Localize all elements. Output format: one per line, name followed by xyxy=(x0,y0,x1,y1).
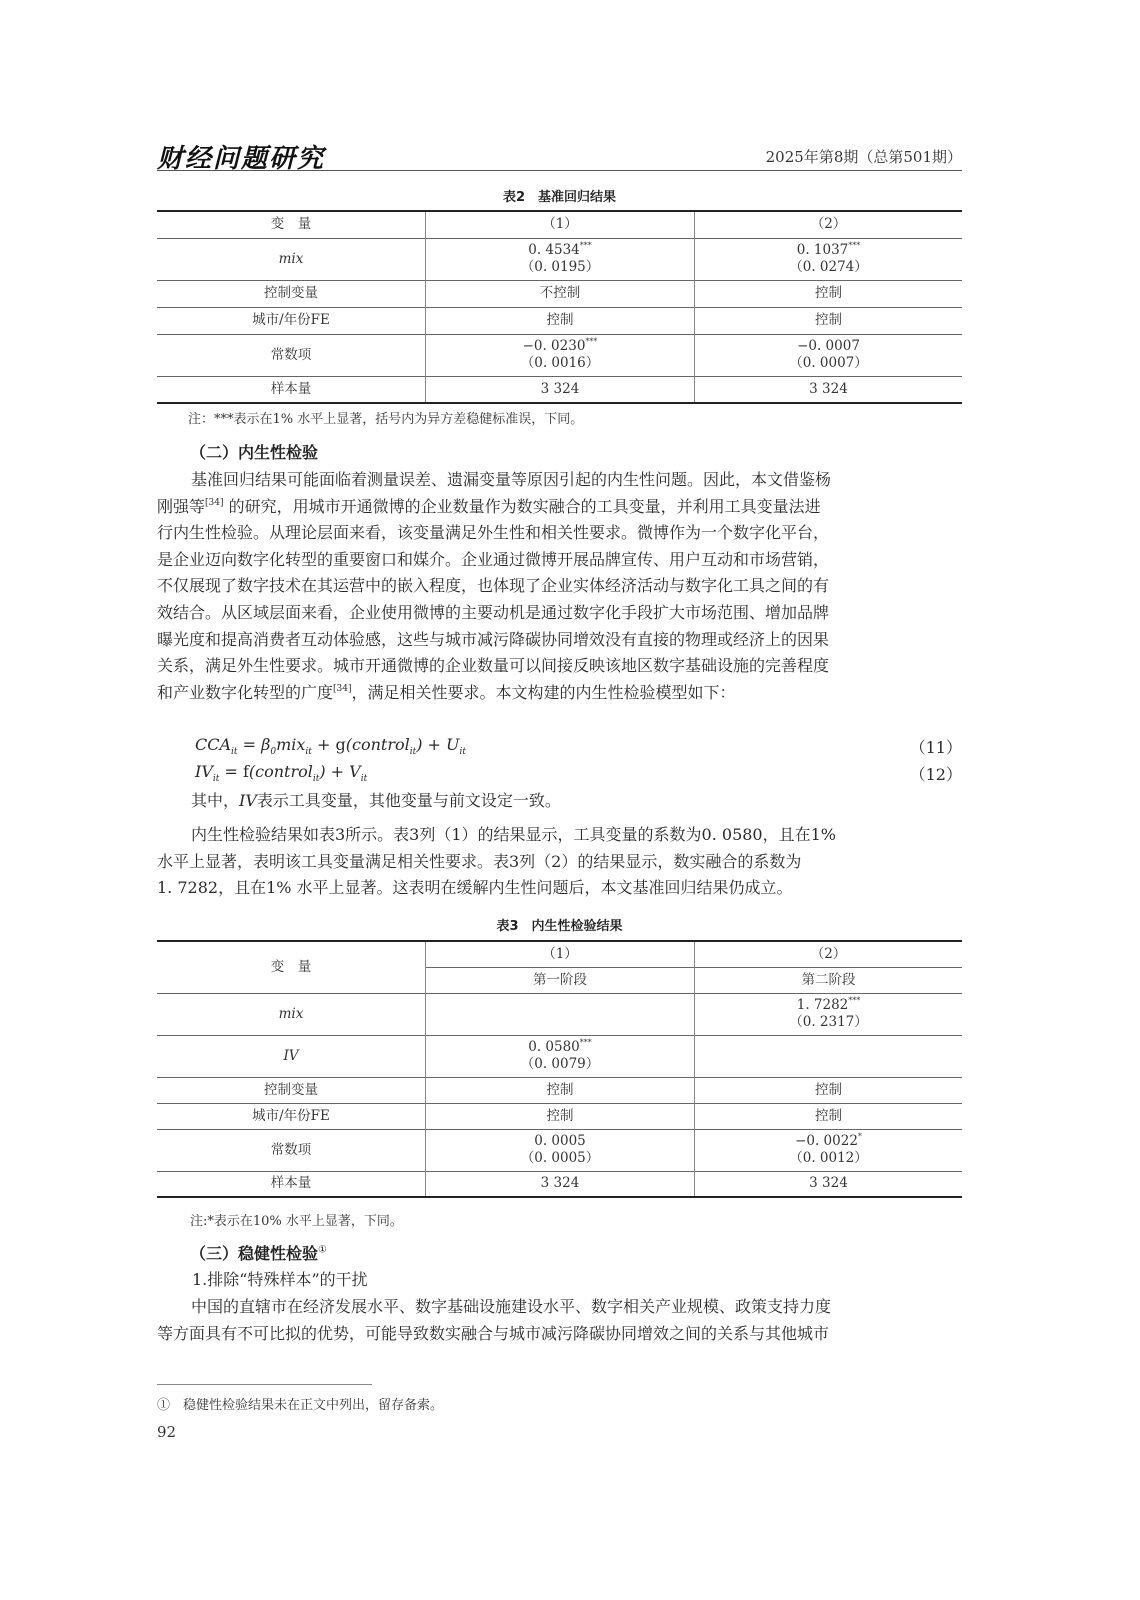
header-cell: 第二阶段 xyxy=(695,967,963,993)
coef: 0. 0005 xyxy=(534,1133,586,1149)
header-cell: （2） xyxy=(695,941,963,967)
value-cell: 控制 xyxy=(695,280,963,307)
text-line: 其中，IV表示工具变量，其他变量与前文设定一致。 xyxy=(157,788,962,815)
subheading: 1.排除“特殊样本”的干扰 xyxy=(192,1267,962,1294)
std-error: （0. 2317） xyxy=(789,1014,868,1030)
paragraph: 内生性检验结果如表3所示。表3列（1）的结果显示，工具变量的系数为0. 0580… xyxy=(157,822,962,902)
text-line: 等方面具有不可比拟的优势，可能导致数实融合与城市减污降碳协同增效之间的关系与其他… xyxy=(157,1321,962,1348)
text-line: 关系，满足外生性要求。城市开通微博的企业数量可以间接反映该地区数字基础设施的完善… xyxy=(157,653,962,680)
header-cell: （2） xyxy=(695,211,963,238)
coef: 0. 4534 xyxy=(528,242,580,258)
std-error: （0. 0007） xyxy=(789,355,868,371)
equation-11: CCAit = β0mixit + g(controlit) + Uit （11… xyxy=(195,735,962,761)
subsection-title: 1.排除“特殊样本”的干扰 xyxy=(192,1267,962,1294)
var-cell: mix xyxy=(157,238,426,280)
coef: −0. 0230 xyxy=(523,338,586,354)
table-row: 控制变量 不控制 控制 xyxy=(157,280,962,307)
table-row: IV 0. 0580***（0. 0079） xyxy=(157,1035,962,1077)
equation-12: IVit = f(controlit) + Vit （12） xyxy=(195,762,962,788)
value-cell: 不控制 xyxy=(426,280,695,307)
text-line: 基准回归结果可能面临着测量误差、遗漏变量等原因引起的内生性问题。因此，本文借鉴杨 xyxy=(157,467,962,494)
coef: 0. 1037 xyxy=(797,242,849,258)
sig-stars: *** xyxy=(848,241,860,250)
header-cell: （1） xyxy=(426,211,695,238)
citation-ref[interactable]: [34] xyxy=(205,498,223,508)
table2-baseline-regression: 变 量 （1） （2） mix 0. 4534***（0. 0195） 0. 1… xyxy=(157,210,962,404)
equation-body: CCAit = β0mixit + g(controlit) + Uit xyxy=(195,735,466,754)
paragraph: 其中，IV表示工具变量，其他变量与前文设定一致。 xyxy=(157,788,962,815)
table-row: 城市/年份FE 控制 控制 xyxy=(157,1103,962,1129)
text-line: 1. 7282，且在1% 水平上显著。这表明在缓解内生性问题后，本文基准回归结果… xyxy=(157,875,962,902)
var-cell: IV xyxy=(157,1035,426,1077)
std-error: （0. 0016） xyxy=(521,355,600,371)
paragraph: 基准回归结果可能面临着测量误差、遗漏变量等原因引起的内生性问题。因此，本文借鉴杨… xyxy=(157,467,962,706)
page-number: 92 xyxy=(157,1423,176,1441)
header-cell: 第一阶段 xyxy=(426,967,695,993)
value-cell: 0. 4534***（0. 0195） xyxy=(426,238,695,280)
table3-note: 注:*表示在10% 水平上显著，下同。 xyxy=(190,1210,403,1229)
value-cell: 控制 xyxy=(426,1103,695,1129)
sig-stars: *** xyxy=(580,241,592,250)
header-cell: 变 量 xyxy=(157,211,426,238)
coef: −0. 0022 xyxy=(795,1133,858,1149)
equation-number: （11） xyxy=(910,735,962,758)
value-cell: 0. 0580***（0. 0079） xyxy=(426,1035,695,1077)
footnote: ① 稳健性检验结果未在正文中列出，留存备索。 xyxy=(157,1394,443,1413)
text-line: 水平上显著，表明该工具变量满足相关性要求。表3列（2）的结果显示，数实融合的系数… xyxy=(157,849,962,876)
paragraph: 中国的直辖市在经济发展水平、数字基础设施建设水平、数字相关产业规模、政策支持力度… xyxy=(157,1294,962,1347)
running-header: 财经问题研究 2025年第8期（总第501期） xyxy=(157,138,962,171)
value-cell: 控制 xyxy=(695,1077,963,1103)
issue-info: 2025年第8期（总第501期） xyxy=(766,146,962,167)
section-heading: （三）稳健性检验① xyxy=(190,1241,327,1264)
section-title: （三）稳健性检验 xyxy=(190,1244,318,1263)
value-cell: −0. 0007（0. 0007） xyxy=(695,334,963,376)
text-line: 和产业数字化转型的广度[34]，满足相关性要求。本文构建的内生性检验模型如下： xyxy=(157,680,962,707)
value-cell: 0. 0005（0. 0005） xyxy=(426,1129,695,1171)
std-error: （0. 0274） xyxy=(789,259,868,275)
value-cell: −0. 0022*（0. 0012） xyxy=(695,1129,963,1171)
value-cell: 0. 1037***（0. 0274） xyxy=(695,238,963,280)
sig-stars: *** xyxy=(848,996,860,1005)
text-line: 效结合。从区域层面来看，企业使用微博的主要动机是通过数字化手段扩大市场范围、增加… xyxy=(157,600,962,627)
coef: 0. 0580 xyxy=(528,1039,580,1055)
footnote-divider xyxy=(157,1384,372,1385)
var-cell: 常数项 xyxy=(157,1129,426,1171)
value-cell: 3 324 xyxy=(426,1171,695,1197)
citation-ref[interactable]: [34] xyxy=(333,684,351,694)
equation-number: （12） xyxy=(910,762,962,785)
table-row: mix 1. 7282***（0. 2317） xyxy=(157,993,962,1035)
table-row: 样本量 3 324 3 324 xyxy=(157,376,962,403)
text-line: 不仅展现了数字技术在其运营中的嵌入程度，也体现了企业实体经济活动与数字化工具之间… xyxy=(157,573,962,600)
text-line: 是企业迈向数字化转型的重要窗口和媒介。企业通过微博开展品牌宣传、用户互动和市场营… xyxy=(157,547,962,574)
section-heading: （二）内生性检验 xyxy=(190,440,318,463)
table-row: 控制变量 控制 控制 xyxy=(157,1077,962,1103)
table-row: mix 0. 4534***（0. 0195） 0. 1037***（0. 02… xyxy=(157,238,962,280)
equation-body: IVit = f(controlit) + Vit xyxy=(195,762,367,781)
text-span: 的研究，用城市开通微博的企业数量作为数实融合的工具变量，并利用工具变量法进 xyxy=(229,497,821,516)
text-line: 刚强等[34] 的研究，用城市开通微博的企业数量作为数实融合的工具变量，并利用工… xyxy=(157,494,962,521)
math-var: IV xyxy=(239,791,257,810)
sig-stars: *** xyxy=(580,1038,592,1047)
text-span: 表示工具变量，其他变量与前文设定一致。 xyxy=(257,791,561,810)
table2-caption: 表2 基准回归结果 xyxy=(157,186,962,205)
text-line: 行内生性检验。从理论层面来看，该变量满足外生性和相关性要求。微博作为一个数字化平… xyxy=(157,520,962,547)
table3-header-row: 变 量 （1） （2） xyxy=(157,941,962,967)
value-cell: 控制 xyxy=(426,307,695,334)
value-cell: 3 324 xyxy=(695,376,963,403)
value-cell: −0. 0230***（0. 0016） xyxy=(426,334,695,376)
journal-page: 财经问题研究 2025年第8期（总第501期） 表2 基准回归结果 变 量 （1… xyxy=(0,0,1140,1600)
coef: −0. 0007 xyxy=(797,338,860,354)
var-cell: mix xyxy=(157,993,426,1035)
table-row: 城市/年份FE 控制 控制 xyxy=(157,307,962,334)
std-error: （0. 0012） xyxy=(789,1150,868,1166)
value-cell: 控制 xyxy=(695,307,963,334)
std-error: （0. 0079） xyxy=(521,1056,600,1072)
value-cell: 3 324 xyxy=(426,376,695,403)
text-line: 曝光度和提高消费者互动体验感，这些与城市减污降碳协同增效没有直接的物理或经济上的… xyxy=(157,627,962,654)
journal-logo: 财经问题研究 xyxy=(157,138,325,175)
var-cell: 样本量 xyxy=(157,1171,426,1197)
var-cell: 城市/年份FE xyxy=(157,307,426,334)
value-cell: 控制 xyxy=(695,1103,963,1129)
text-span: 其中， xyxy=(191,791,239,810)
table3-caption: 表3 内生性检验结果 xyxy=(157,915,962,934)
var-cell: 城市/年份FE xyxy=(157,1103,426,1129)
table2-note: 注：***表示在1% 水平上显著，括号内为异方差稳健标准误，下同。 xyxy=(188,408,583,427)
text-span: ，满足相关性要求。本文构建的内生性检验模型如下： xyxy=(352,683,736,702)
value-cell: 3 324 xyxy=(695,1171,963,1197)
table-row: 常数项 0. 0005（0. 0005） −0. 0022*（0. 0012） xyxy=(157,1129,962,1171)
text-line: 中国的直辖市在经济发展水平、数字基础设施建设水平、数字相关产业规模、政策支持力度 xyxy=(157,1294,962,1321)
sig-stars: *** xyxy=(585,337,597,346)
table2-header-row: 变 量 （1） （2） xyxy=(157,211,962,238)
table3-endogeneity-test: 变 量 （1） （2） 第一阶段 第二阶段 mix 1. 7282***（0. … xyxy=(157,940,962,1198)
footnote-marker[interactable]: ① xyxy=(318,1245,327,1256)
std-error: （0. 0005） xyxy=(521,1150,600,1166)
text-line: 内生性检验结果如表3所示。表3列（1）的结果显示，工具变量的系数为0. 0580… xyxy=(157,822,962,849)
table-row: 样本量 3 324 3 324 xyxy=(157,1171,962,1197)
value-cell xyxy=(695,1035,963,1077)
header-cell: 变 量 xyxy=(157,941,426,993)
header-cell: （1） xyxy=(426,941,695,967)
var-cell: 控制变量 xyxy=(157,1077,426,1103)
sig-stars: * xyxy=(858,1132,862,1141)
var-cell: 样本量 xyxy=(157,376,426,403)
value-cell: 控制 xyxy=(426,1077,695,1103)
table-row: 常数项 −0. 0230***（0. 0016） −0. 0007（0. 000… xyxy=(157,334,962,376)
value-cell xyxy=(426,993,695,1035)
std-error: （0. 0195） xyxy=(521,259,600,275)
text-span: 和产业数字化转型的广度 xyxy=(157,683,333,702)
value-cell: 1. 7282***（0. 2317） xyxy=(695,993,963,1035)
text-span: 刚强等 xyxy=(157,497,205,516)
var-cell: 控制变量 xyxy=(157,280,426,307)
var-cell: 常数项 xyxy=(157,334,426,376)
coef: 1. 7282 xyxy=(797,997,849,1013)
